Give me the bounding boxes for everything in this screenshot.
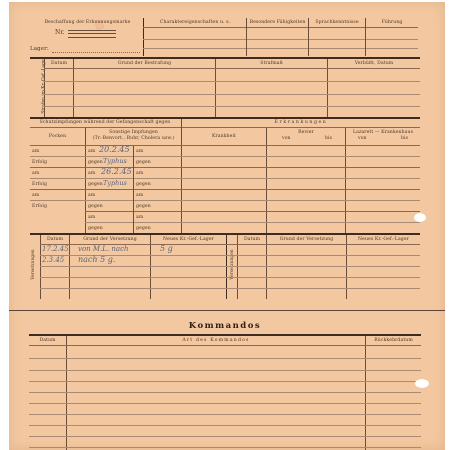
sonstige-label-2: gegen <box>136 226 151 231</box>
sonstige-label: gegen <box>88 226 103 231</box>
sonstige-label-2: am <box>136 171 143 176</box>
fold-line <box>9 310 445 311</box>
col-sonstige-sub: (Tr.-Benvort., Ruhr, Cholera usw.) <box>86 136 181 141</box>
row-line <box>29 392 421 393</box>
divider <box>44 68 420 69</box>
divider <box>345 128 346 233</box>
row-line <box>30 178 420 179</box>
row-line <box>29 425 421 426</box>
row-line <box>30 200 420 201</box>
sonstige-label-2: gegen <box>136 204 151 209</box>
col-art: Art des Kommandos <box>67 338 365 343</box>
row-line <box>30 167 420 168</box>
nr-label: Nr. <box>55 30 65 35</box>
row-line <box>40 266 420 267</box>
punch-hole <box>414 213 426 222</box>
col-neues-lager-right: Neues Kr.-Gef.-Lager <box>347 237 420 242</box>
sonstige-label-2: am <box>136 215 143 220</box>
kommandos-title: Kommandos <box>150 321 300 331</box>
row-line <box>29 370 421 371</box>
sonstige-label-2: am <box>136 149 143 154</box>
pocken-am-1: am <box>32 149 39 154</box>
sonstige-label: gegen <box>88 160 103 165</box>
sonstige-label-2: gegen <box>136 160 151 165</box>
col-datum-right: Datum <box>238 237 266 242</box>
pocken-erfolg-2: Erfolg <box>32 182 47 187</box>
impfungen-title: Schutzimpfungen während der Gefangenscha… <box>30 120 180 125</box>
handwritten-transfer-date: 17.2.45 <box>42 245 69 253</box>
sonstige-label: gegen <box>88 182 103 187</box>
col-lazarett: Lazarett — Krankenhaus <box>346 130 420 135</box>
col-strafmass: Strafmaß <box>216 61 327 66</box>
row-line <box>29 403 421 404</box>
col-rueckkehr: Rückkehrdatum <box>366 338 421 343</box>
row-line <box>85 211 420 212</box>
row-line <box>85 222 420 223</box>
handwritten-date: 26.2.45 <box>101 167 132 176</box>
col-krankheit: Krankheit <box>182 134 266 139</box>
section-border <box>30 117 420 119</box>
col-faehigkeiten: Besondere Fähigkeiten <box>247 20 308 25</box>
col-datum: Datum <box>45 61 73 66</box>
row-line <box>44 106 420 107</box>
row-line <box>29 358 421 359</box>
divider <box>29 345 421 346</box>
col-fuehrung: Führung <box>366 20 418 25</box>
row-line <box>30 156 420 157</box>
row-line <box>44 81 420 82</box>
sonstige-label: am <box>88 171 95 176</box>
row-line <box>29 414 421 415</box>
divider <box>143 39 418 40</box>
handwritten-transfer-date: 2.3.45 <box>42 256 64 264</box>
sonstige-label-2: am <box>136 193 143 198</box>
row-line <box>30 189 420 190</box>
divider <box>143 18 144 56</box>
col-neues-lager: Neues Kr.-Gef.-Lager <box>151 237 226 242</box>
col-grund: Grund der Versetzung <box>70 237 150 242</box>
handwritten-date: 20.2.45 <box>99 145 130 154</box>
divider <box>133 146 134 233</box>
col-sprachkenntnisse: Sprachkenntnisse <box>309 20 365 25</box>
col-datum: Datum <box>29 338 66 343</box>
lazarett-bis: bis <box>401 136 408 141</box>
col-grund-right: Grund der Versetzung <box>267 237 346 242</box>
erkennungsmarke-label: Beschaffung der Erkennungsmarke <box>30 20 145 25</box>
versetzungen-side-label: Versetzungen <box>31 242 36 287</box>
row-line <box>44 94 420 95</box>
handwritten-vaccine: Typhus <box>103 179 127 187</box>
pocken-erfolg-3: Erfolg <box>32 204 47 209</box>
versetzungen-right-side-label: Versetzungen <box>230 242 235 287</box>
col-sonstige: Sonstige Impfungen <box>86 130 181 135</box>
handwritten-vaccine: Typhus <box>103 157 127 165</box>
divider <box>30 145 420 146</box>
sonstige-label: am <box>88 149 95 154</box>
row-line <box>40 288 420 289</box>
row-line <box>29 436 421 437</box>
lager-label: Lager: <box>30 47 49 52</box>
section-border <box>30 57 420 59</box>
revier-bis: bis <box>325 136 332 141</box>
pocken-erfolg-1: Erfolg <box>32 160 47 165</box>
erkrankungen-title: Erkrankungen <box>182 120 420 125</box>
col-pocken: Pocken <box>30 134 85 139</box>
divider <box>266 128 267 233</box>
form-card <box>9 2 445 450</box>
lager-field <box>52 52 140 53</box>
col-verbuesst: Verbüßt, Datum <box>328 61 420 66</box>
handwritten-transfer-reason: von M.L. nach <box>78 245 129 253</box>
divider <box>365 336 366 450</box>
divider <box>30 127 420 128</box>
lazarett-von: von <box>358 136 367 141</box>
row-line <box>29 381 421 382</box>
divider <box>85 128 86 233</box>
divider <box>143 48 418 49</box>
handwritten-transfer-camp: 5 g <box>160 244 173 253</box>
sonstige-label: gegen <box>88 204 103 209</box>
section-border <box>30 233 420 235</box>
col-datum: Datum <box>41 237 69 242</box>
col-grund: Grund der Bestrafung <box>74 61 215 66</box>
nr-field <box>68 30 116 38</box>
punch-hole <box>415 379 429 388</box>
divider <box>66 336 67 450</box>
divider <box>143 27 418 28</box>
col-charakter: Charaktereigenschaften u. s. <box>145 20 245 25</box>
sonstige-label: am <box>88 193 95 198</box>
row-line <box>29 447 421 448</box>
sonstige-label: am <box>88 215 95 220</box>
pocken-am-3: am <box>32 193 39 198</box>
row-line <box>40 277 420 278</box>
section-border <box>29 334 421 336</box>
col-revier: Revier <box>267 130 345 135</box>
handwritten-transfer-reason: nach 5 g. <box>78 255 115 264</box>
revier-von: von <box>282 136 291 141</box>
pocken-am-2: am <box>32 171 39 176</box>
sonstige-label-2: gegen <box>136 182 151 187</box>
